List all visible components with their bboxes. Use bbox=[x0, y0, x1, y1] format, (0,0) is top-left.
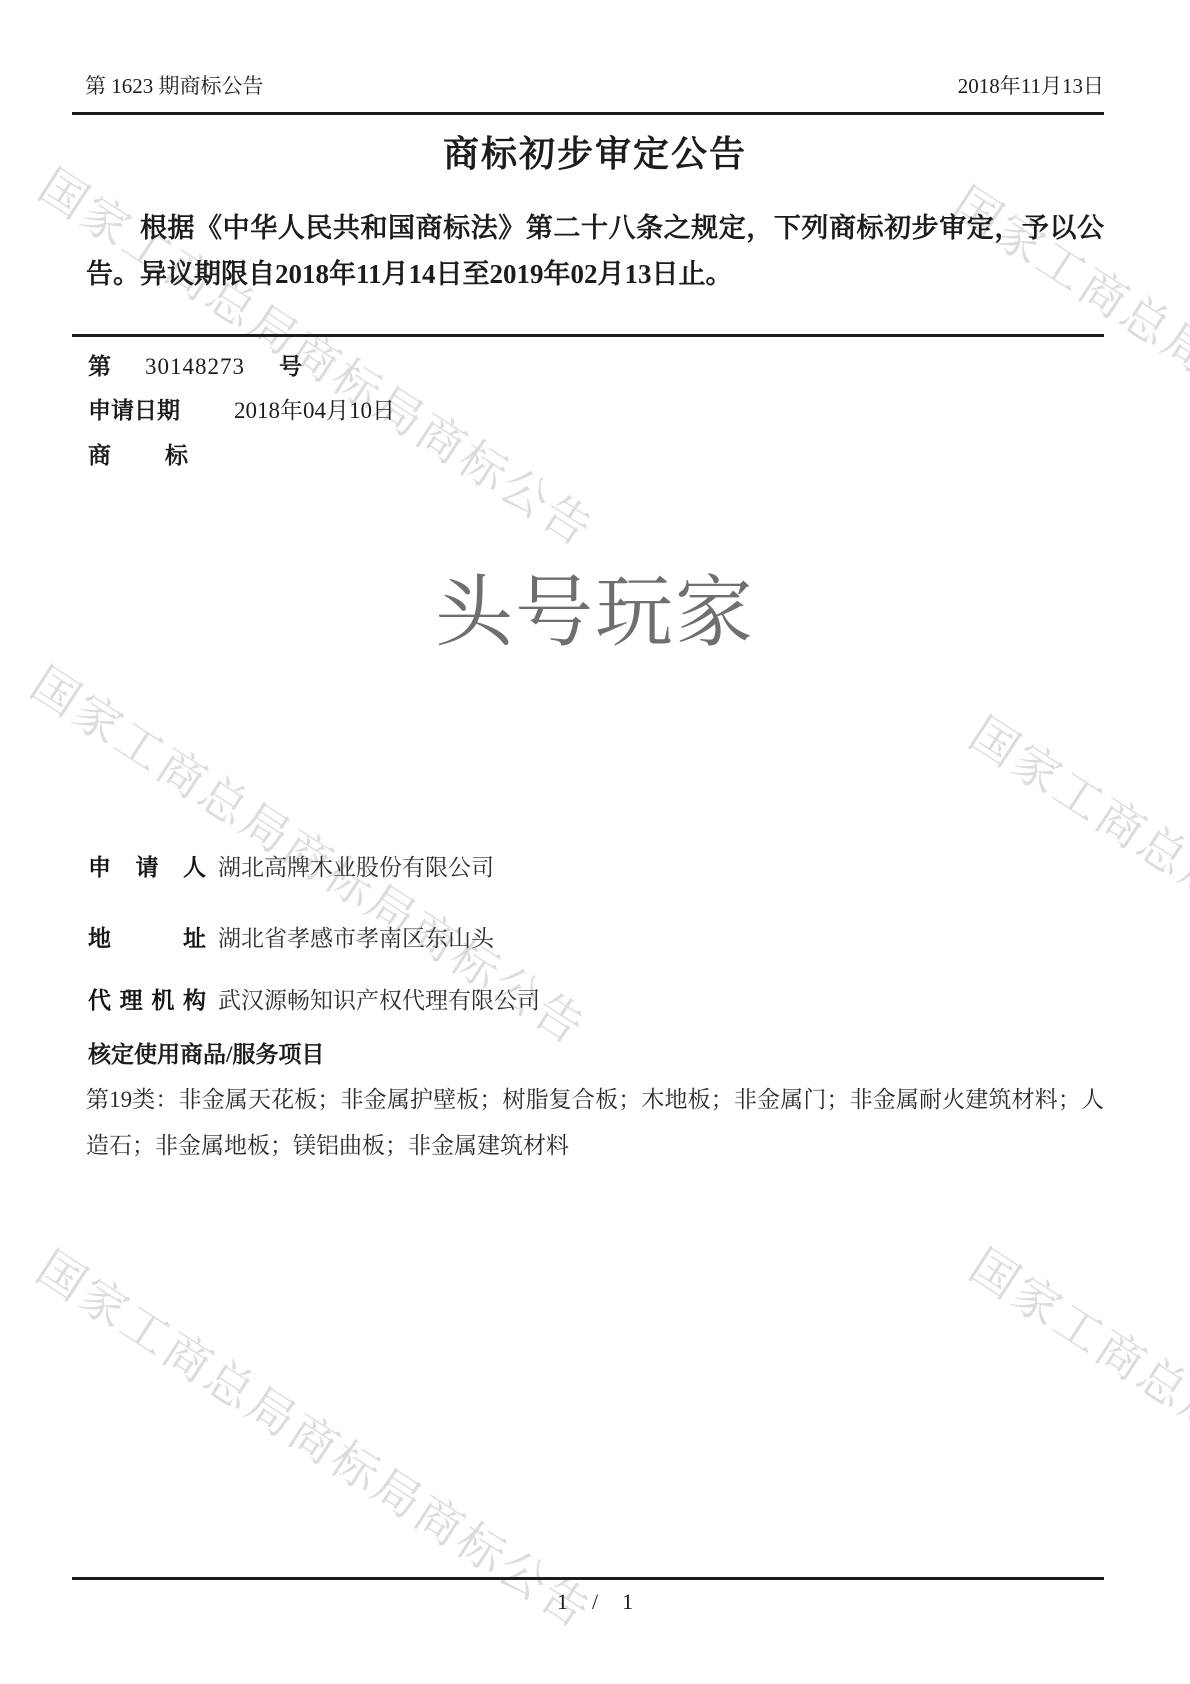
header-divider bbox=[72, 112, 1104, 115]
applicant-row: 申请人 湖北高牌木业股份有限公司 bbox=[88, 849, 494, 882]
agency-value: 武汉源畅知识产权代理有限公司 bbox=[218, 982, 540, 1015]
page-number-total: 1 bbox=[622, 1589, 633, 1614]
trademark-mark-image: 头号玩家 bbox=[0, 550, 1190, 662]
page-number-separator: / bbox=[592, 1589, 598, 1615]
registration-number: 30148273 bbox=[145, 354, 245, 380]
page-number-current: 1 bbox=[557, 1589, 568, 1614]
applicant-label: 申请人 bbox=[88, 849, 206, 882]
agency-row: 代理机构 武汉源畅知识产权代理有限公司 bbox=[88, 982, 540, 1015]
registration-number-prefix: 第 bbox=[88, 354, 111, 379]
applicant-value: 湖北高牌木业股份有限公司 bbox=[218, 849, 494, 882]
page-title: 商标初步审定公告 bbox=[0, 126, 1190, 177]
address-value: 湖北省孝感市孝南区东山头 bbox=[218, 920, 494, 953]
goods-heading: 核定使用商品/服务项目 bbox=[88, 1036, 324, 1069]
intro-paragraph: 根据《中华人民共和国商标法》第二十八条之规定，下列商标初步审定，予以公告。异议期… bbox=[86, 205, 1104, 297]
gazette-date: 2018年11月13日 bbox=[958, 70, 1104, 100]
address-label: 地址 bbox=[88, 920, 206, 953]
mark-label: 商标 bbox=[88, 437, 188, 470]
application-date-value: 2018年04月10日 bbox=[234, 398, 395, 423]
page-number: 1/1 bbox=[0, 1589, 1190, 1615]
registration-number-suffix: 号 bbox=[279, 354, 302, 379]
trademark-gazette-page: 国家工商总局商标局商标公告 国家工商总局商标局商标公告 国家工商总局商标局商标公… bbox=[0, 0, 1190, 1684]
gazette-watermark: 国家工商总局商标局商标公告 bbox=[959, 698, 1190, 1108]
gazette-issue-label: 第 1623 期商标公告 bbox=[85, 70, 264, 100]
application-date-row: 申请日期2018年04月10日 bbox=[88, 392, 395, 425]
fields-divider bbox=[72, 334, 1104, 337]
agency-label: 代理机构 bbox=[88, 982, 206, 1015]
application-date-label: 申请日期 bbox=[88, 398, 180, 423]
address-row: 地址 湖北省孝感市孝南区东山头 bbox=[88, 920, 494, 953]
footer-divider bbox=[72, 1577, 1104, 1580]
gazette-watermark: 国家工商总局商标局商标公告 bbox=[26, 1232, 608, 1642]
registration-number-row: 第30148273号 bbox=[88, 348, 302, 381]
goods-list: 第19类：非金属天花板；非金属护壁板；树脂复合板；木地板；非金属门；非金属耐火建… bbox=[86, 1077, 1104, 1169]
